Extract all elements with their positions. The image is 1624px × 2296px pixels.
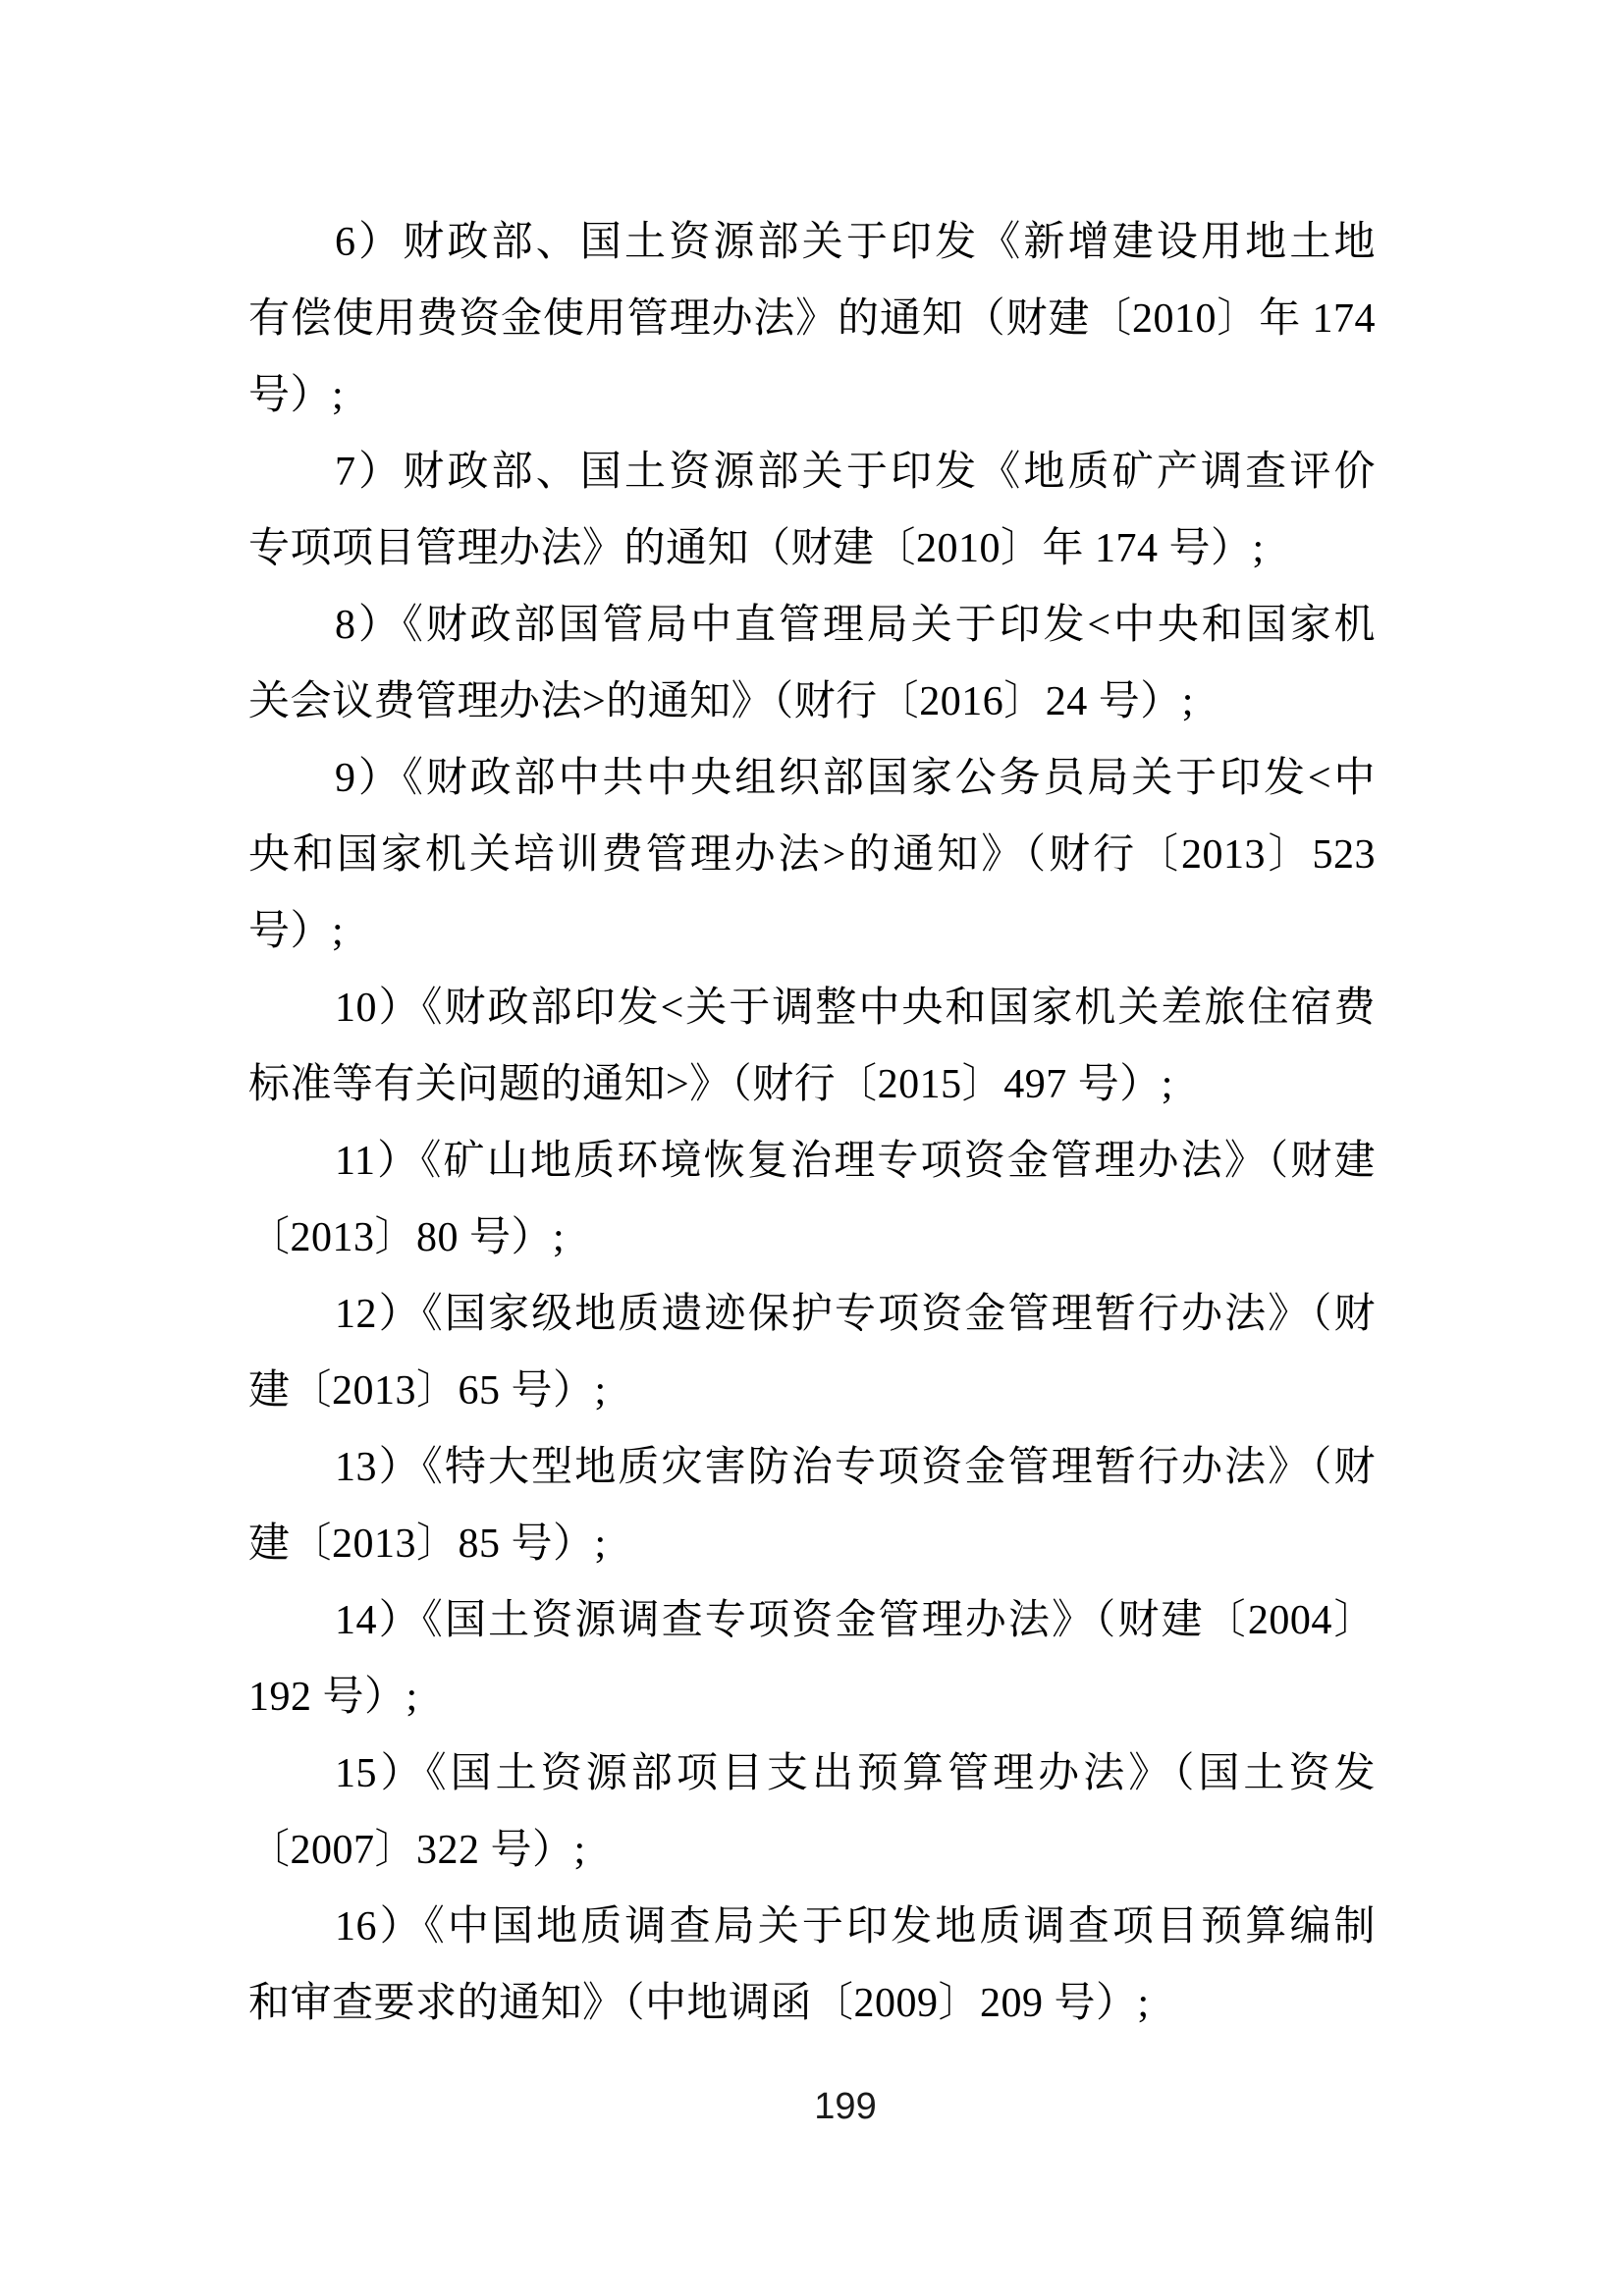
- text-line: 9）《财政部中共中央组织部国家公务员局关于印发<中: [248, 740, 1376, 817]
- text-line: 〔2007〕322 号）;: [248, 1812, 1376, 1889]
- list-item-9: 9）《财政部中共中央组织部国家公务员局关于印发<中 央和国家机关培训费管理办法>…: [248, 740, 1376, 970]
- text-line: 和审查要求的通知》（中地调函〔2009〕209 号）;: [248, 1965, 1376, 2042]
- text-line: 14）《国土资源调查专项资金管理办法》（财建〔2004〕: [248, 1582, 1376, 1659]
- text-line: 192 号）;: [248, 1659, 1376, 1735]
- text-line: 〔2013〕80 号）;: [248, 1200, 1376, 1276]
- text-line: 6）财政部、国土资源部关于印发《新增建设用地土地: [248, 204, 1376, 281]
- regulation-list: 6）财政部、国土资源部关于印发《新增建设用地土地 有偿使用费资金使用管理办法》的…: [248, 204, 1376, 2042]
- document-page: 6）财政部、国土资源部关于印发《新增建设用地土地 有偿使用费资金使用管理办法》的…: [0, 0, 1624, 2296]
- list-item-6: 6）财政部、国土资源部关于印发《新增建设用地土地 有偿使用费资金使用管理办法》的…: [248, 204, 1376, 434]
- list-item-14: 14）《国土资源调查专项资金管理办法》（财建〔2004〕 192 号）;: [248, 1582, 1376, 1735]
- list-item-12: 12）《国家级地质遗迹保护专项资金管理暂行办法》（财 建〔2013〕65 号）;: [248, 1276, 1376, 1429]
- list-item-10: 10）《财政部印发<关于调整中央和国家机关差旅住宿费 标准等有关问题的通知>》（…: [248, 970, 1376, 1123]
- text-line: 12）《国家级地质遗迹保护专项资金管理暂行办法》（财: [248, 1276, 1376, 1353]
- text-line: 号）;: [248, 893, 1376, 970]
- text-line: 标准等有关问题的通知>》（财行〔2015〕497 号）;: [248, 1046, 1376, 1123]
- text-line: 有偿使用费资金使用管理办法》的通知（财建〔2010〕年 174: [248, 281, 1376, 357]
- list-item-7: 7）财政部、国土资源部关于印发《地质矿产调查评价 专项项目管理办法》的通知（财建…: [248, 434, 1376, 587]
- text-line: 央和国家机关培训费管理办法>的通知》（财行〔2013〕523: [248, 817, 1376, 893]
- text-line: 16）《中国地质调查局关于印发地质调查项目预算编制: [248, 1889, 1376, 1965]
- text-line: 10）《财政部印发<关于调整中央和国家机关差旅住宿费: [248, 970, 1376, 1046]
- list-item-8: 8）《财政部国管局中直管理局关于印发<中央和国家机 关会议费管理办法>的通知》（…: [248, 587, 1376, 740]
- list-item-13: 13）《特大型地质灾害防治专项资金管理暂行办法》（财 建〔2013〕85 号）;: [248, 1429, 1376, 1582]
- page-number: 199: [814, 2087, 876, 2126]
- list-item-11: 11）《矿山地质环境恢复治理专项资金管理办法》（财建 〔2013〕80 号）;: [248, 1123, 1376, 1276]
- text-line: 建〔2013〕65 号）;: [248, 1353, 1376, 1429]
- text-line: 8）《财政部国管局中直管理局关于印发<中央和国家机: [248, 587, 1376, 664]
- text-line: 11）《矿山地质环境恢复治理专项资金管理办法》（财建: [248, 1123, 1376, 1200]
- text-line: 15）《国土资源部项目支出预算管理办法》（国土资发: [248, 1735, 1376, 1812]
- text-line: 建〔2013〕85 号）;: [248, 1506, 1376, 1582]
- list-item-15: 15）《国土资源部项目支出预算管理办法》（国土资发 〔2007〕322 号）;: [248, 1735, 1376, 1889]
- text-line: 号）;: [248, 357, 1376, 434]
- list-item-16: 16）《中国地质调查局关于印发地质调查项目预算编制 和审查要求的通知》（中地调函…: [248, 1889, 1376, 2042]
- page-footer: 199: [0, 2087, 1624, 2126]
- text-line: 专项项目管理办法》的通知（财建〔2010〕年 174 号）;: [248, 510, 1376, 587]
- text-line: 关会议费管理办法>的通知》（财行〔2016〕24 号）;: [248, 664, 1376, 740]
- text-line: 13）《特大型地质灾害防治专项资金管理暂行办法》（财: [248, 1429, 1376, 1506]
- text-line: 7）财政部、国土资源部关于印发《地质矿产调查评价: [248, 434, 1376, 510]
